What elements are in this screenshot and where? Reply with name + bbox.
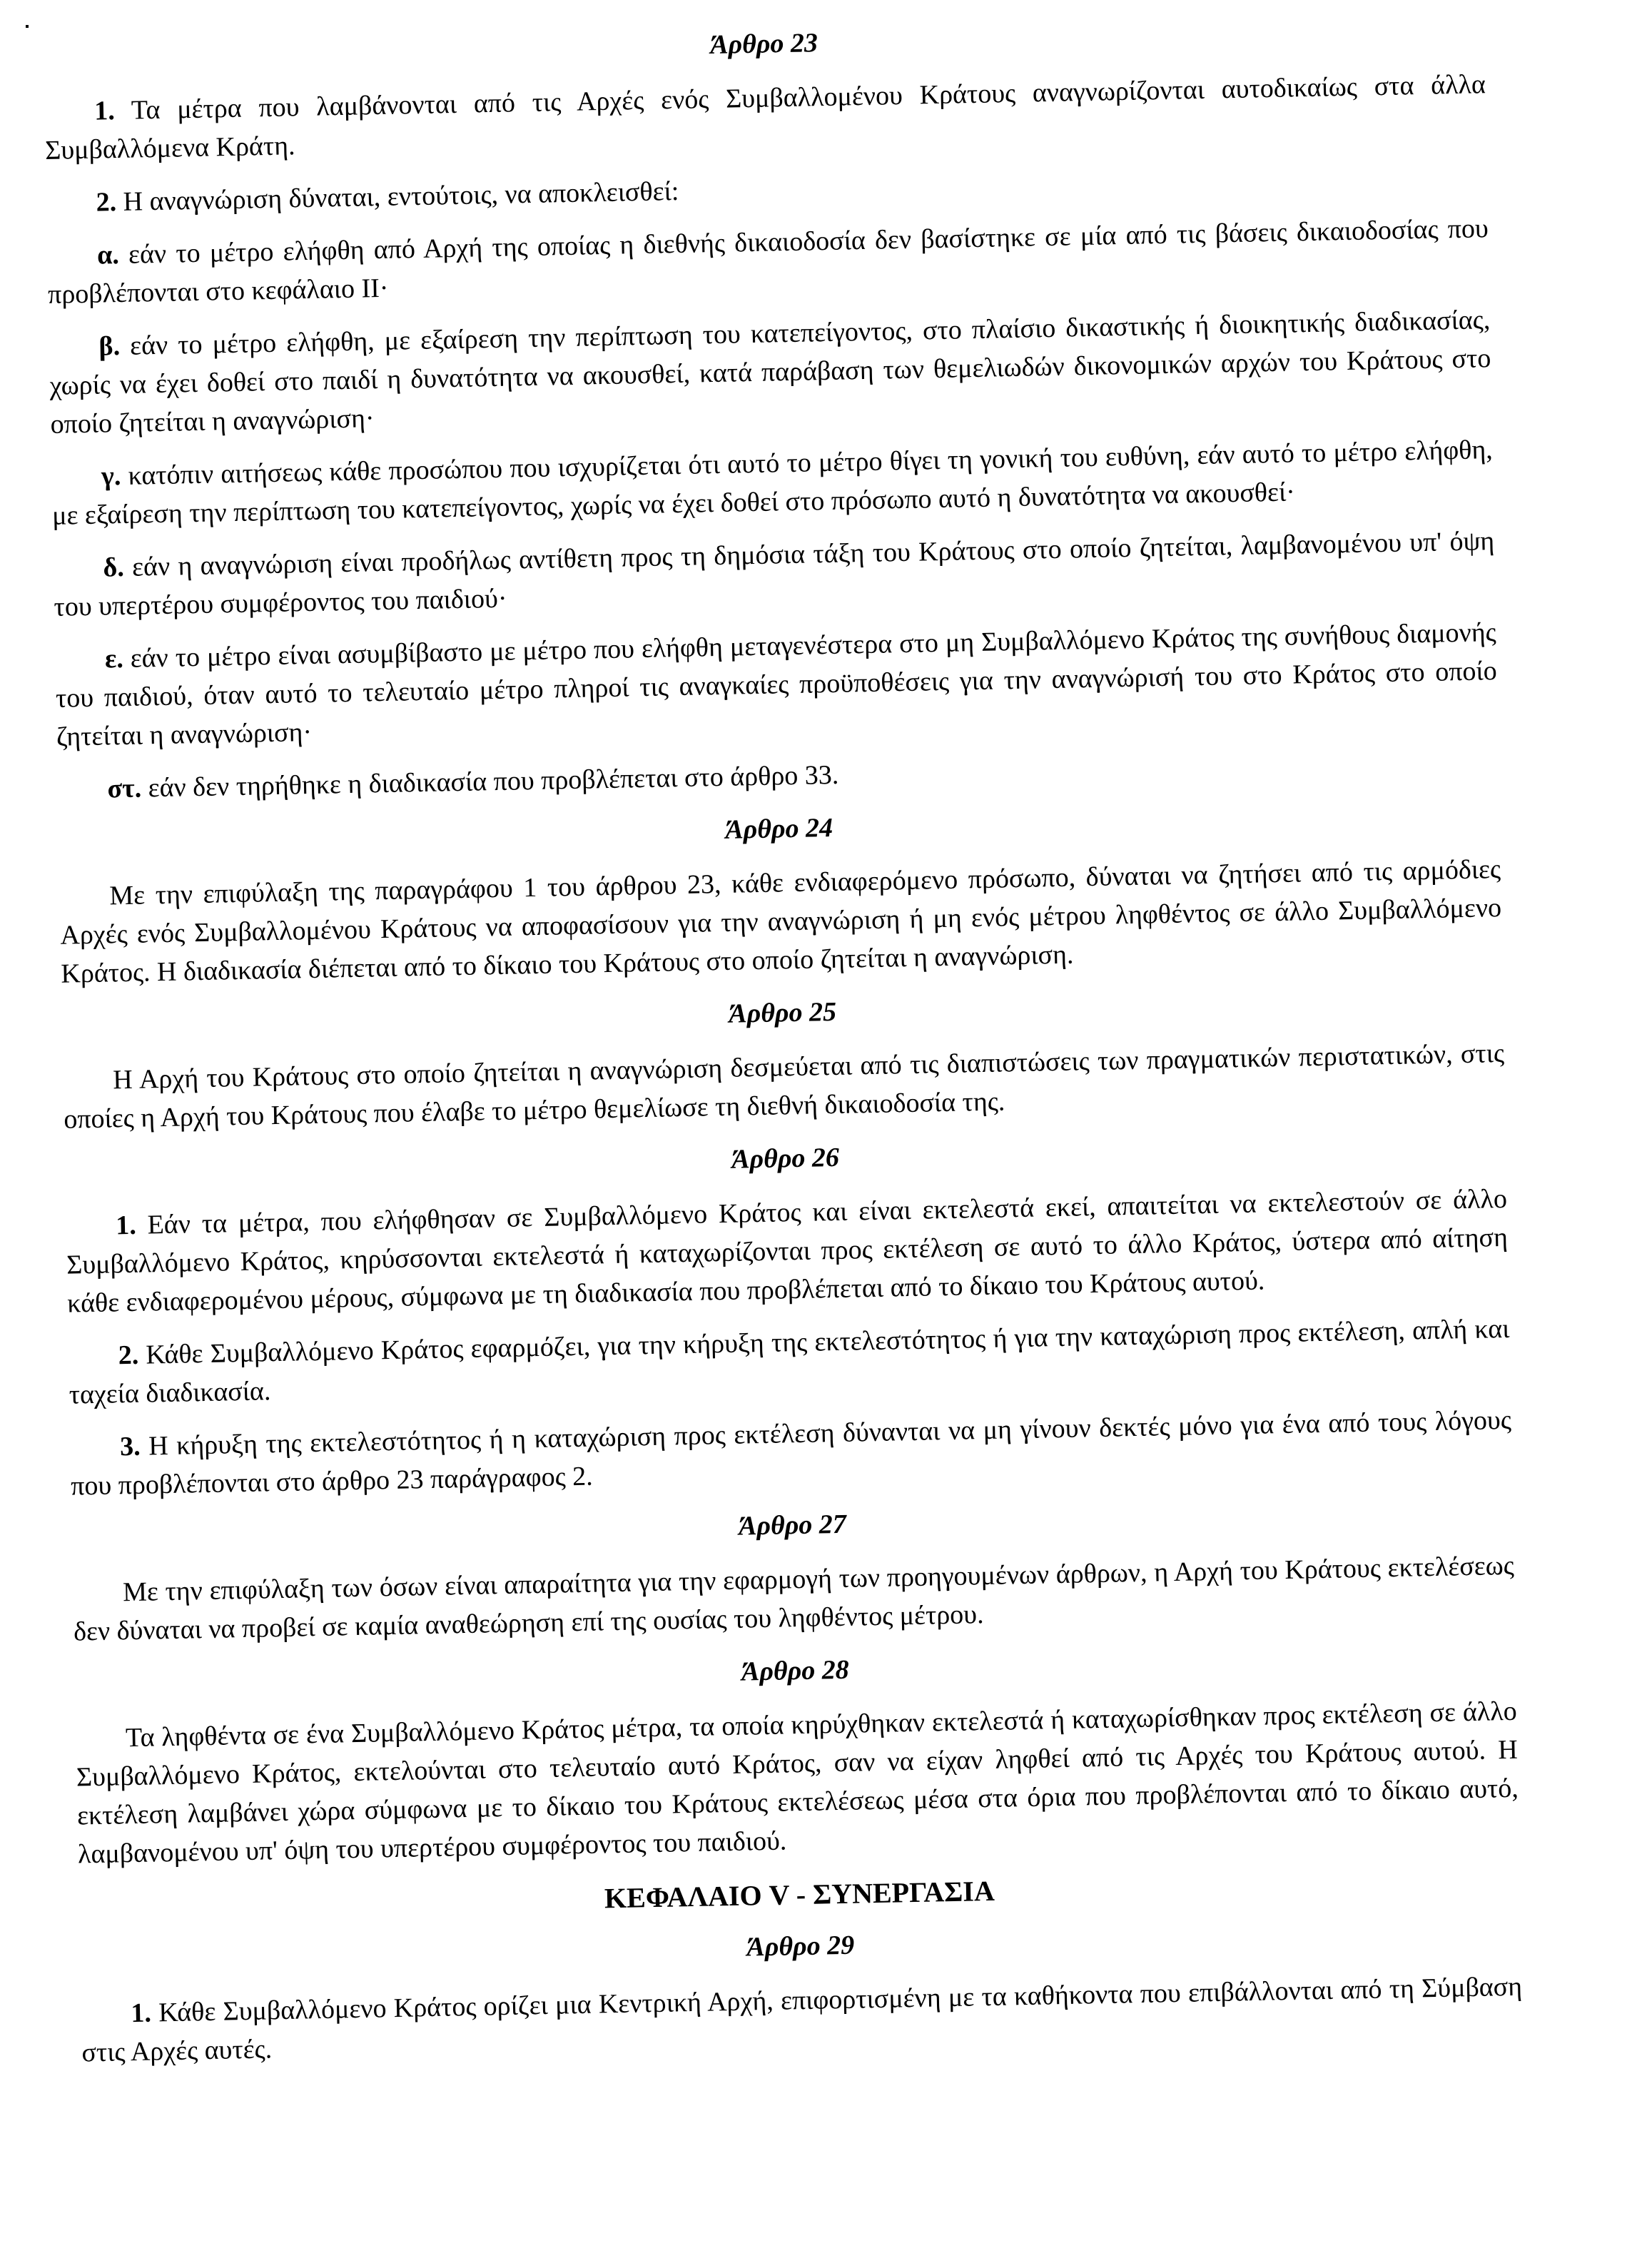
paragraph-text: Κάθε Συμβαλλόμενο Κράτος εφαρμόζει, για …	[69, 1314, 1509, 1410]
article-title: Άρθρο 25	[61, 980, 1504, 1046]
article-title: Άρθρο 26	[64, 1125, 1506, 1192]
paragraph: 1. Τα μέτρα που λαμβάνονται από τις Αρχέ…	[44, 65, 1487, 170]
paragraph: 1. Κάθε Συμβαλλόμενο Κράτος ορίζει μια Κ…	[81, 1968, 1524, 2072]
article-23: Άρθρο 23 1. Τα μέτρα που λαμβάνονται από…	[43, 11, 1499, 809]
sub-paragraph: ε. εάν το μέτρο είναι ασυμβίβαστο με μέτ…	[54, 613, 1498, 756]
article-title: Άρθρο 23	[43, 11, 1485, 77]
sub-paragraph-letter: στ.	[107, 774, 141, 804]
paragraph-number: 2.	[96, 187, 116, 218]
paragraph-text: Η αναγνώριση δύναται, εντούτοις, να αποκ…	[123, 176, 679, 217]
scan-speck	[26, 25, 29, 28]
article-title: Άρθρο 28	[74, 1638, 1516, 1704]
sub-paragraph-letter: β.	[98, 331, 120, 362]
paragraph-text: Κάθε Συμβαλλόμενο Κράτος ορίζει μια Κεντ…	[81, 1972, 1522, 2068]
paragraph-number: 1.	[94, 96, 115, 126]
article-27: Άρθρο 27 Με την επιφύλαξη των όσων είναι…	[71, 1492, 1515, 1651]
paragraph-text: Με την επιφύλαξη της παραγράφου 1 του άρ…	[60, 854, 1501, 989]
paragraph: 1. Εάν τα μέτρα, που ελήφθησαν σε Συμβαλ…	[66, 1180, 1509, 1323]
document-page: Άρθρο 23 1. Τα μέτρα που λαμβάνονται από…	[43, 1, 1524, 2086]
sub-paragraph-letter: δ.	[103, 552, 124, 583]
sub-paragraph-letter: α.	[97, 240, 120, 270]
chapter-v: ΚΕΦΑΛΑΙΟ V - ΣΥΝΕΡΓΑΣΙΑ Άρθρο 29 1. Κάθε…	[78, 1862, 1524, 2072]
paragraph-text: Με την επιφύλαξη των όσων είναι απαραίτη…	[74, 1551, 1514, 1647]
paragraph-text: εάν δεν τηρήθηκε η διαδικασία που προβλέ…	[148, 760, 838, 804]
paragraph-text: εάν το μέτρο είναι ασυμβίβαστο με μέτρο …	[56, 617, 1497, 752]
paragraph-text: εάν το μέτρο ελήφθη από Αρχή της οποίας …	[48, 213, 1489, 310]
article-title: Άρθρο 24	[58, 796, 1500, 862]
article-24: Άρθρο 24 Με την επιφύλαξη της παραγράφου…	[58, 796, 1502, 993]
article-title: Άρθρο 27	[71, 1492, 1514, 1559]
paragraph-text: κατόπιν αιτήσεως κάθε προσώπου που ισχυρ…	[52, 435, 1493, 531]
sub-paragraph: δ. εάν η αναγνώριση είναι προδήλως αντίθ…	[53, 522, 1496, 627]
article-25: Άρθρο 25 Η Αρχή του Κράτους στο οποίο ζη…	[61, 980, 1505, 1139]
paragraph: Τα ληφθέντα σε ένα Συμβαλλόμενο Κράτος μ…	[75, 1692, 1519, 1874]
paragraph-text: Η Αρχή του Κράτους στο οποίο ζητείται η …	[64, 1038, 1504, 1135]
paragraph: Με την επιφύλαξη της παραγράφου 1 του άρ…	[59, 850, 1503, 993]
sub-paragraph: β. εάν το μέτρο ελήφθη, με εξαίρεση την …	[49, 300, 1492, 444]
paragraph-text: Τα ληφθέντα σε ένα Συμβαλλόμενο Κράτος μ…	[76, 1696, 1519, 1870]
paragraph-text: Εάν τα μέτρα, που ελήφθησαν σε Συμβαλλόμ…	[66, 1184, 1508, 1319]
paragraph: 2. Κάθε Συμβαλλόμενο Κράτος εφαρμόζει, γ…	[68, 1310, 1511, 1414]
paragraph-number: 2.	[118, 1340, 138, 1371]
sub-paragraph-letter: γ.	[101, 461, 121, 492]
paragraph-number: 1.	[116, 1210, 136, 1241]
paragraph-text: Τα μέτρα που λαμβάνονται από τις Αρχές ε…	[45, 69, 1486, 166]
paragraph-number: 1.	[131, 1998, 151, 2029]
sub-paragraph-letter: ε.	[105, 644, 124, 674]
sub-paragraph: α. εάν το μέτρο ελήφθη από Αρχή της οποί…	[47, 209, 1490, 314]
paragraph-text: Η κήρυξη της εκτελεστότητος ή η καταχώρι…	[71, 1405, 1511, 1502]
sub-paragraph: γ. κατόπιν αιτήσεως κάθε προσώπου που ισ…	[51, 430, 1494, 535]
paragraph-text: εάν η αναγνώριση είναι προδήλως αντίθετη…	[54, 526, 1494, 622]
paragraph: Η Αρχή του Κράτους στο οποίο ζητείται η …	[63, 1034, 1506, 1139]
paragraph-text: εάν το μέτρο ελήφθη, με εξαίρεση την περ…	[49, 305, 1491, 440]
paragraph-number: 3.	[120, 1432, 141, 1462]
paragraph: 3. Η κήρυξη της εκτελεστότητος ή η καταχ…	[70, 1401, 1513, 1506]
article-26: Άρθρο 26 1. Εάν τα μέτρα, που ελήφθησαν …	[64, 1125, 1512, 1506]
article-28: Άρθρο 28 Τα ληφθέντα σε ένα Συμβαλλόμενο…	[74, 1638, 1519, 1874]
paragraph: Με την επιφύλαξη των όσων είναι απαραίτη…	[73, 1546, 1516, 1651]
